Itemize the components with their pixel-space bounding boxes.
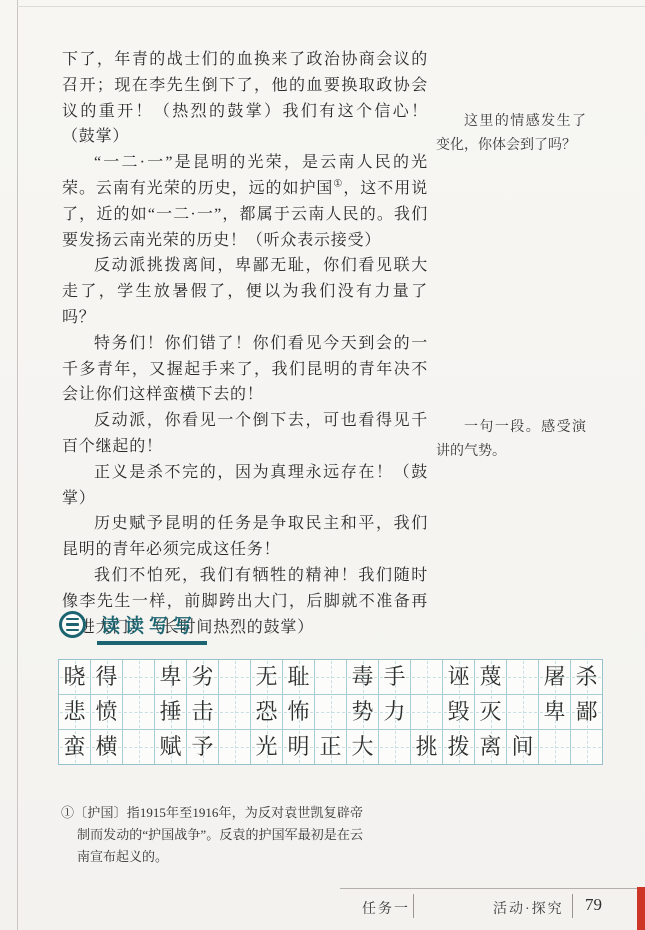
section-title-underline (97, 641, 207, 645)
grid-cell (507, 695, 539, 729)
speech-text-block: 下了，年青的战士们的血换来了政治协商会议的召开；现在李先生倒下了，他的血要换取政… (62, 47, 428, 640)
vocab-character: 横 (91, 730, 122, 764)
grid-cell (123, 730, 155, 764)
vocab-character: 间 (507, 730, 538, 764)
vocab-character: 正 (315, 730, 346, 764)
grid-cell (411, 660, 443, 694)
grid-cell: 光 (251, 730, 283, 764)
vocab-character: 毁 (443, 695, 474, 729)
grid-cell (379, 730, 411, 764)
speech-paragraph: 反动派，你看见一个倒下去，可也看得见千百个继起的！ (62, 408, 428, 460)
grid-cell (411, 695, 443, 729)
grid-cell: 灭 (475, 695, 507, 729)
margin-note-emotion: 这里的情感发生了变化，你体会到了吗？ (436, 110, 586, 158)
vocab-character: 卑 (155, 660, 186, 694)
vocab-character: 耻 (283, 660, 314, 694)
grid-row: 蛮横赋予光明正大挑拨离间 (59, 730, 602, 764)
grid-cell (219, 695, 251, 729)
grid-cell: 势 (347, 695, 379, 729)
speech-paragraph: “一二·一”是昆明的光荣，是云南人民的光荣。云南有光荣的历史，远的如护国①，这不… (62, 150, 428, 253)
grid-cell: 正 (315, 730, 347, 764)
grid-cell (507, 660, 539, 694)
section-title: 读读写写 (101, 611, 197, 638)
vocab-character: 得 (91, 660, 122, 694)
vocab-character: 无 (251, 660, 282, 694)
speech-paragraph: 反动派挑拨离间，卑鄙无耻，你们看见联大走了，学生放暑假了，便以为我们没有力量了吗… (62, 253, 428, 330)
grid-cell (219, 730, 251, 764)
speech-paragraph: 特务们！你们错了！你们看见今天到会的一千多青年，又握起手来了，我们昆明的青年决不… (62, 331, 428, 408)
grid-cell: 赋 (155, 730, 187, 764)
grid-cell: 诬 (443, 660, 475, 694)
grid-cell (315, 660, 347, 694)
footer-unit-label: 活动·探究 (493, 898, 564, 918)
list-circle-icon (59, 611, 86, 638)
grid-cell (219, 660, 251, 694)
footnote-marker: ① (61, 805, 74, 820)
grid-cell: 拨 (443, 730, 475, 764)
vocab-character: 光 (251, 730, 282, 764)
grid-cell: 毁 (443, 695, 475, 729)
page-number: 79 (585, 895, 602, 915)
vocab-character: 手 (379, 660, 410, 694)
grid-cell: 手 (379, 660, 411, 694)
grid-cell: 蔑 (475, 660, 507, 694)
footer-task-label: 任务一 (362, 898, 410, 918)
vocab-character: 怖 (283, 695, 314, 729)
speech-paragraph: 历史赋予昆明的任务是争取民主和平，我们昆明的青年必须完成这任务！ (62, 511, 428, 563)
vocab-character: 毒 (347, 660, 378, 694)
vocab-character: 屠 (539, 660, 570, 694)
grid-cell: 横 (91, 730, 123, 764)
grid-cell: 间 (507, 730, 539, 764)
grid-cell: 杀 (571, 660, 602, 694)
speech-paragraph: 下了，年青的战士们的血换来了政治协商会议的召开；现在李先生倒下了，他的血要换取政… (62, 47, 428, 150)
grid-cell: 愤 (91, 695, 123, 729)
grid-cell: 得 (91, 660, 123, 694)
vocabulary-writing-grid: 晓得卑劣无耻毒手诬蔑屠杀悲愤捶击恐怖势力毁灭卑鄙蛮横赋予光明正大挑拨离间 (58, 659, 603, 765)
grid-cell: 予 (187, 730, 219, 764)
grid-cell: 耻 (283, 660, 315, 694)
grid-cell: 怖 (283, 695, 315, 729)
grid-cell: 捶 (155, 695, 187, 729)
grid-row: 悲愤捶击恐怖势力毁灭卑鄙 (59, 695, 602, 730)
footnote-ref: ① (333, 179, 343, 190)
footnote: ①〔护国〕指1915年至1916年，为反对袁世凯复辟帝制而发动的“护国战争”。反… (61, 802, 363, 868)
vocab-character: 蛮 (59, 730, 90, 764)
grid-cell (539, 730, 571, 764)
page-top-edge (17, 6, 645, 7)
vocab-character: 明 (283, 730, 314, 764)
vocab-character: 恐 (251, 695, 282, 729)
grid-cell: 恐 (251, 695, 283, 729)
vocab-character: 卑 (539, 695, 570, 729)
vocab-character: 力 (379, 695, 410, 729)
footnote-body: 〔护国〕指1915年至1916年，为反对袁世凯复辟帝制而发动的“护国战争”。反袁… (74, 805, 363, 864)
read-write-section-header: 读读写写 (59, 611, 197, 647)
page-edge-tab (637, 887, 645, 930)
vocab-character: 鄙 (571, 695, 602, 729)
grid-cell: 明 (283, 730, 315, 764)
footer-divider (572, 894, 573, 918)
vocab-character: 击 (187, 695, 218, 729)
vocab-character: 诬 (443, 660, 474, 694)
grid-cell: 力 (379, 695, 411, 729)
grid-cell (571, 730, 602, 764)
vocab-character: 大 (347, 730, 378, 764)
grid-cell (123, 695, 155, 729)
margin-note-momentum: 一句一段。感受演讲的气势。 (436, 416, 586, 464)
footnote-text: ①〔护国〕指1915年至1916年，为反对袁世凯复辟帝制而发动的“护国战争”。反… (61, 802, 363, 868)
grid-cell: 鄙 (571, 695, 602, 729)
footer-rule (340, 888, 645, 889)
vocab-character: 晓 (59, 660, 90, 694)
grid-cell: 屠 (539, 660, 571, 694)
grid-cell: 大 (347, 730, 379, 764)
grid-cell: 蛮 (59, 730, 91, 764)
grid-cell: 悲 (59, 695, 91, 729)
grid-cell: 毒 (347, 660, 379, 694)
vocab-character: 悲 (59, 695, 90, 729)
grid-row: 晓得卑劣无耻毒手诬蔑屠杀 (59, 660, 602, 695)
vocab-character: 蔑 (475, 660, 506, 694)
vocab-character: 赋 (155, 730, 186, 764)
vocab-character: 挑 (411, 730, 442, 764)
grid-cell: 卑 (539, 695, 571, 729)
grid-cell: 离 (475, 730, 507, 764)
vocab-character: 离 (475, 730, 506, 764)
vocab-character: 灭 (475, 695, 506, 729)
grid-cell: 劣 (187, 660, 219, 694)
page-binding-edge (17, 0, 18, 930)
footer-divider (413, 894, 414, 918)
vocab-character: 劣 (187, 660, 218, 694)
grid-cell (123, 660, 155, 694)
speech-paragraph: 正义是杀不完的，因为真理永远存在！（鼓掌） (62, 460, 428, 512)
grid-cell: 击 (187, 695, 219, 729)
textbook-page: 下了，年青的战士们的血换来了政治协商会议的召开；现在李先生倒下了，他的血要换取政… (0, 0, 645, 930)
vocab-character: 势 (347, 695, 378, 729)
vocab-character: 愤 (91, 695, 122, 729)
vocab-character: 捶 (155, 695, 186, 729)
vocab-character: 拨 (443, 730, 474, 764)
grid-cell (315, 695, 347, 729)
grid-cell: 挑 (411, 730, 443, 764)
grid-cell: 无 (251, 660, 283, 694)
grid-cell: 卑 (155, 660, 187, 694)
grid-cell: 晓 (59, 660, 91, 694)
vocab-character: 杀 (571, 660, 602, 694)
vocab-character: 予 (187, 730, 218, 764)
